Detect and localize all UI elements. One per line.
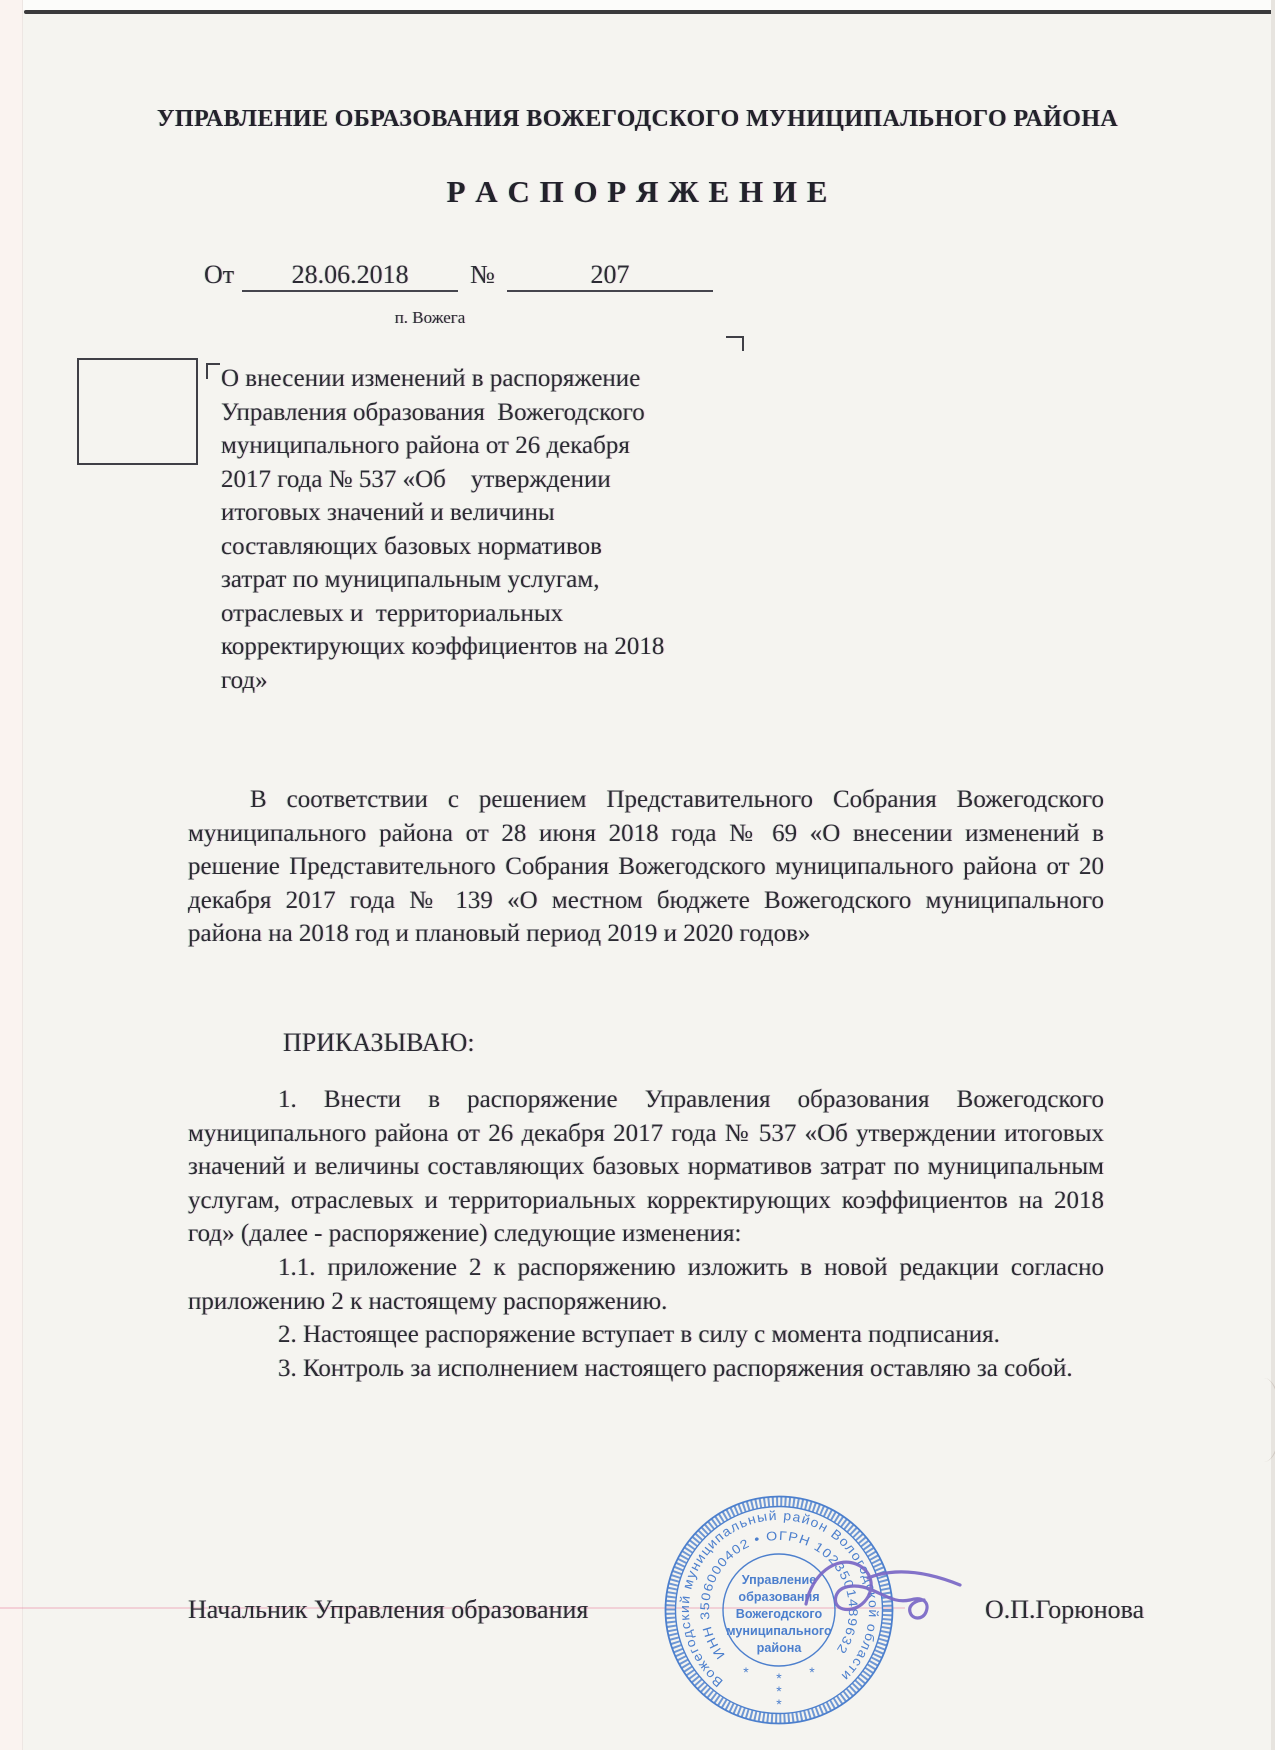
corner-mark-close-icon [726,336,744,351]
scan-artifact-curve [1246,1378,1275,1462]
corner-mark-open-icon [206,363,220,379]
order-item-2: 2. Настоящее распоряжение вступает в сил… [188,1318,1104,1352]
stamp-star-left: * [743,1664,749,1680]
number-underline: 207 [507,260,713,292]
document-type-title: Р А С П О Р Я Ж Е Н И Е [60,174,1215,210]
scanned-document-page: УПРАВЛЕНИЕ ОБРАЗОВАНИЯ ВОЖЕГОДСКОГО МУНИ… [0,0,1275,1750]
stamp-star-right: * [809,1664,815,1680]
from-label: От [204,260,234,289]
approval-stamp-box [77,358,198,465]
stamp-center-line-5: района [757,1641,803,1655]
date-value: 28.06.2018 [292,260,409,289]
place-name: п. Вожега [360,308,500,328]
preamble-paragraph: В соответствии с решением Представительн… [188,783,1104,951]
order-items-list: 1. Внести в распоряжение Управления обра… [188,1083,1104,1385]
order-word: ПРИКАЗЫВАЮ: [188,1028,1104,1058]
date-underline: 28.06.2018 [242,260,458,292]
number-value: 207 [590,260,629,289]
scan-page-top-edge [24,10,1275,14]
scan-left-edge [0,0,23,1750]
signature-stroke-icon [798,1540,973,1648]
organization-name: УПРАВЛЕНИЕ ОБРАЗОВАНИЯ ВОЖЕГОДСКОГО МУНИ… [60,106,1215,133]
scan-right-edge [1271,0,1275,1750]
scan-top-margin [0,0,1275,10]
signature-title: Начальник Управления образования [188,1595,588,1625]
order-item-3: 3. Контроль за исполнением настоящего ра… [188,1352,1104,1386]
date-number-row: От28.06.2018№207 [204,260,904,292]
order-item-1: 1. Внести в распоряжение Управления обра… [188,1083,1104,1251]
subject-block: О внесении изменений в распоряжение Упра… [221,362,711,697]
order-item-1-1: 1.1. приложение 2 к распоряжению изложит… [188,1251,1104,1318]
signature-name: О.П.Горюнова [985,1595,1144,1625]
handwritten-signature [798,1540,973,1648]
number-sign: № [470,260,495,289]
stamp-star-bottom-3: * [776,1696,782,1712]
